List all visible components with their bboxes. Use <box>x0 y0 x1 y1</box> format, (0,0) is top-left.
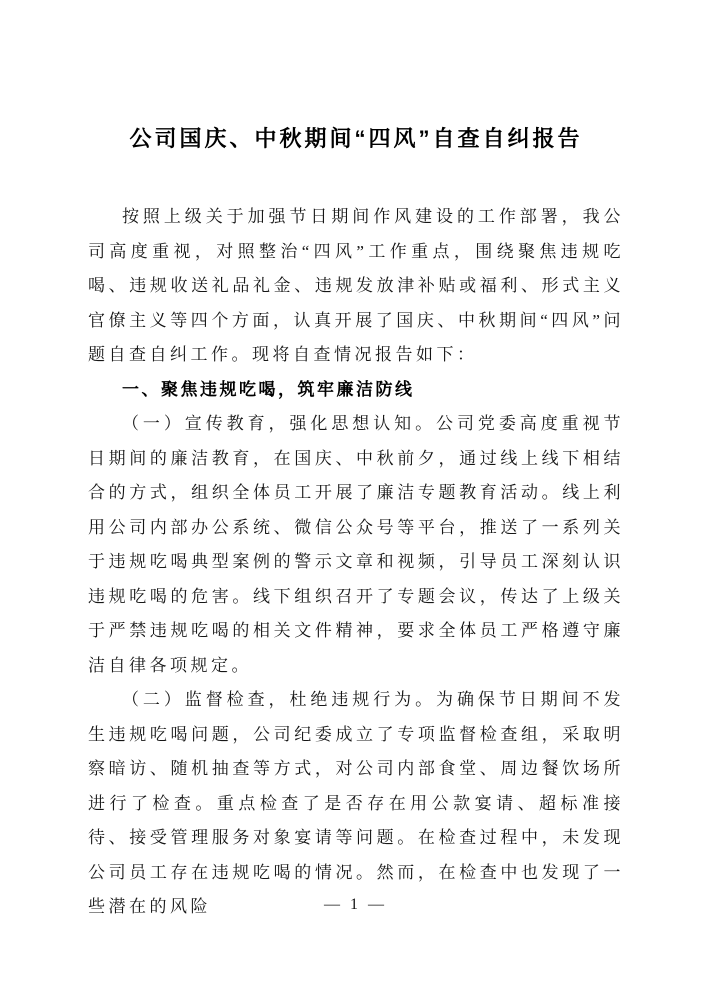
document-body: 按照上级关于加强节日期间作风建设的工作部署，我公司高度重视，对照整治“四风”工作… <box>88 200 624 925</box>
document-title-text: 公司国庆、中秋期间“四风”自查自纠报告 <box>129 126 582 151</box>
document-title: 公司国庆、中秋期间“四风”自查自纠报告 <box>88 122 624 156</box>
paragraph-section1-item1: （一）宣传教育，强化思想认知。公司党委高度重视节日期间的廉洁教育，在国庆、中秋前… <box>88 407 624 683</box>
page-number: — 1 — <box>0 896 711 914</box>
section-heading-1: 一、聚焦违规吃喝，筑牢廉洁防线 <box>88 373 624 408</box>
paragraph-section1-item2: （二）监督检查，杜绝违规行为。为确保节日期间不发生违规吃喝问题，公司纪委成立了专… <box>88 683 624 925</box>
document-page: 公司国庆、中秋期间“四风”自查自纠报告 按照上级关于加强节日期间作风建设的工作部… <box>0 0 711 1006</box>
paragraph-intro: 按照上级关于加强节日期间作风建设的工作部署，我公司高度重视，对照整治“四风”工作… <box>88 200 624 373</box>
document-content: 公司国庆、中秋期间“四风”自查自纠报告 按照上级关于加强节日期间作风建设的工作部… <box>88 0 624 925</box>
